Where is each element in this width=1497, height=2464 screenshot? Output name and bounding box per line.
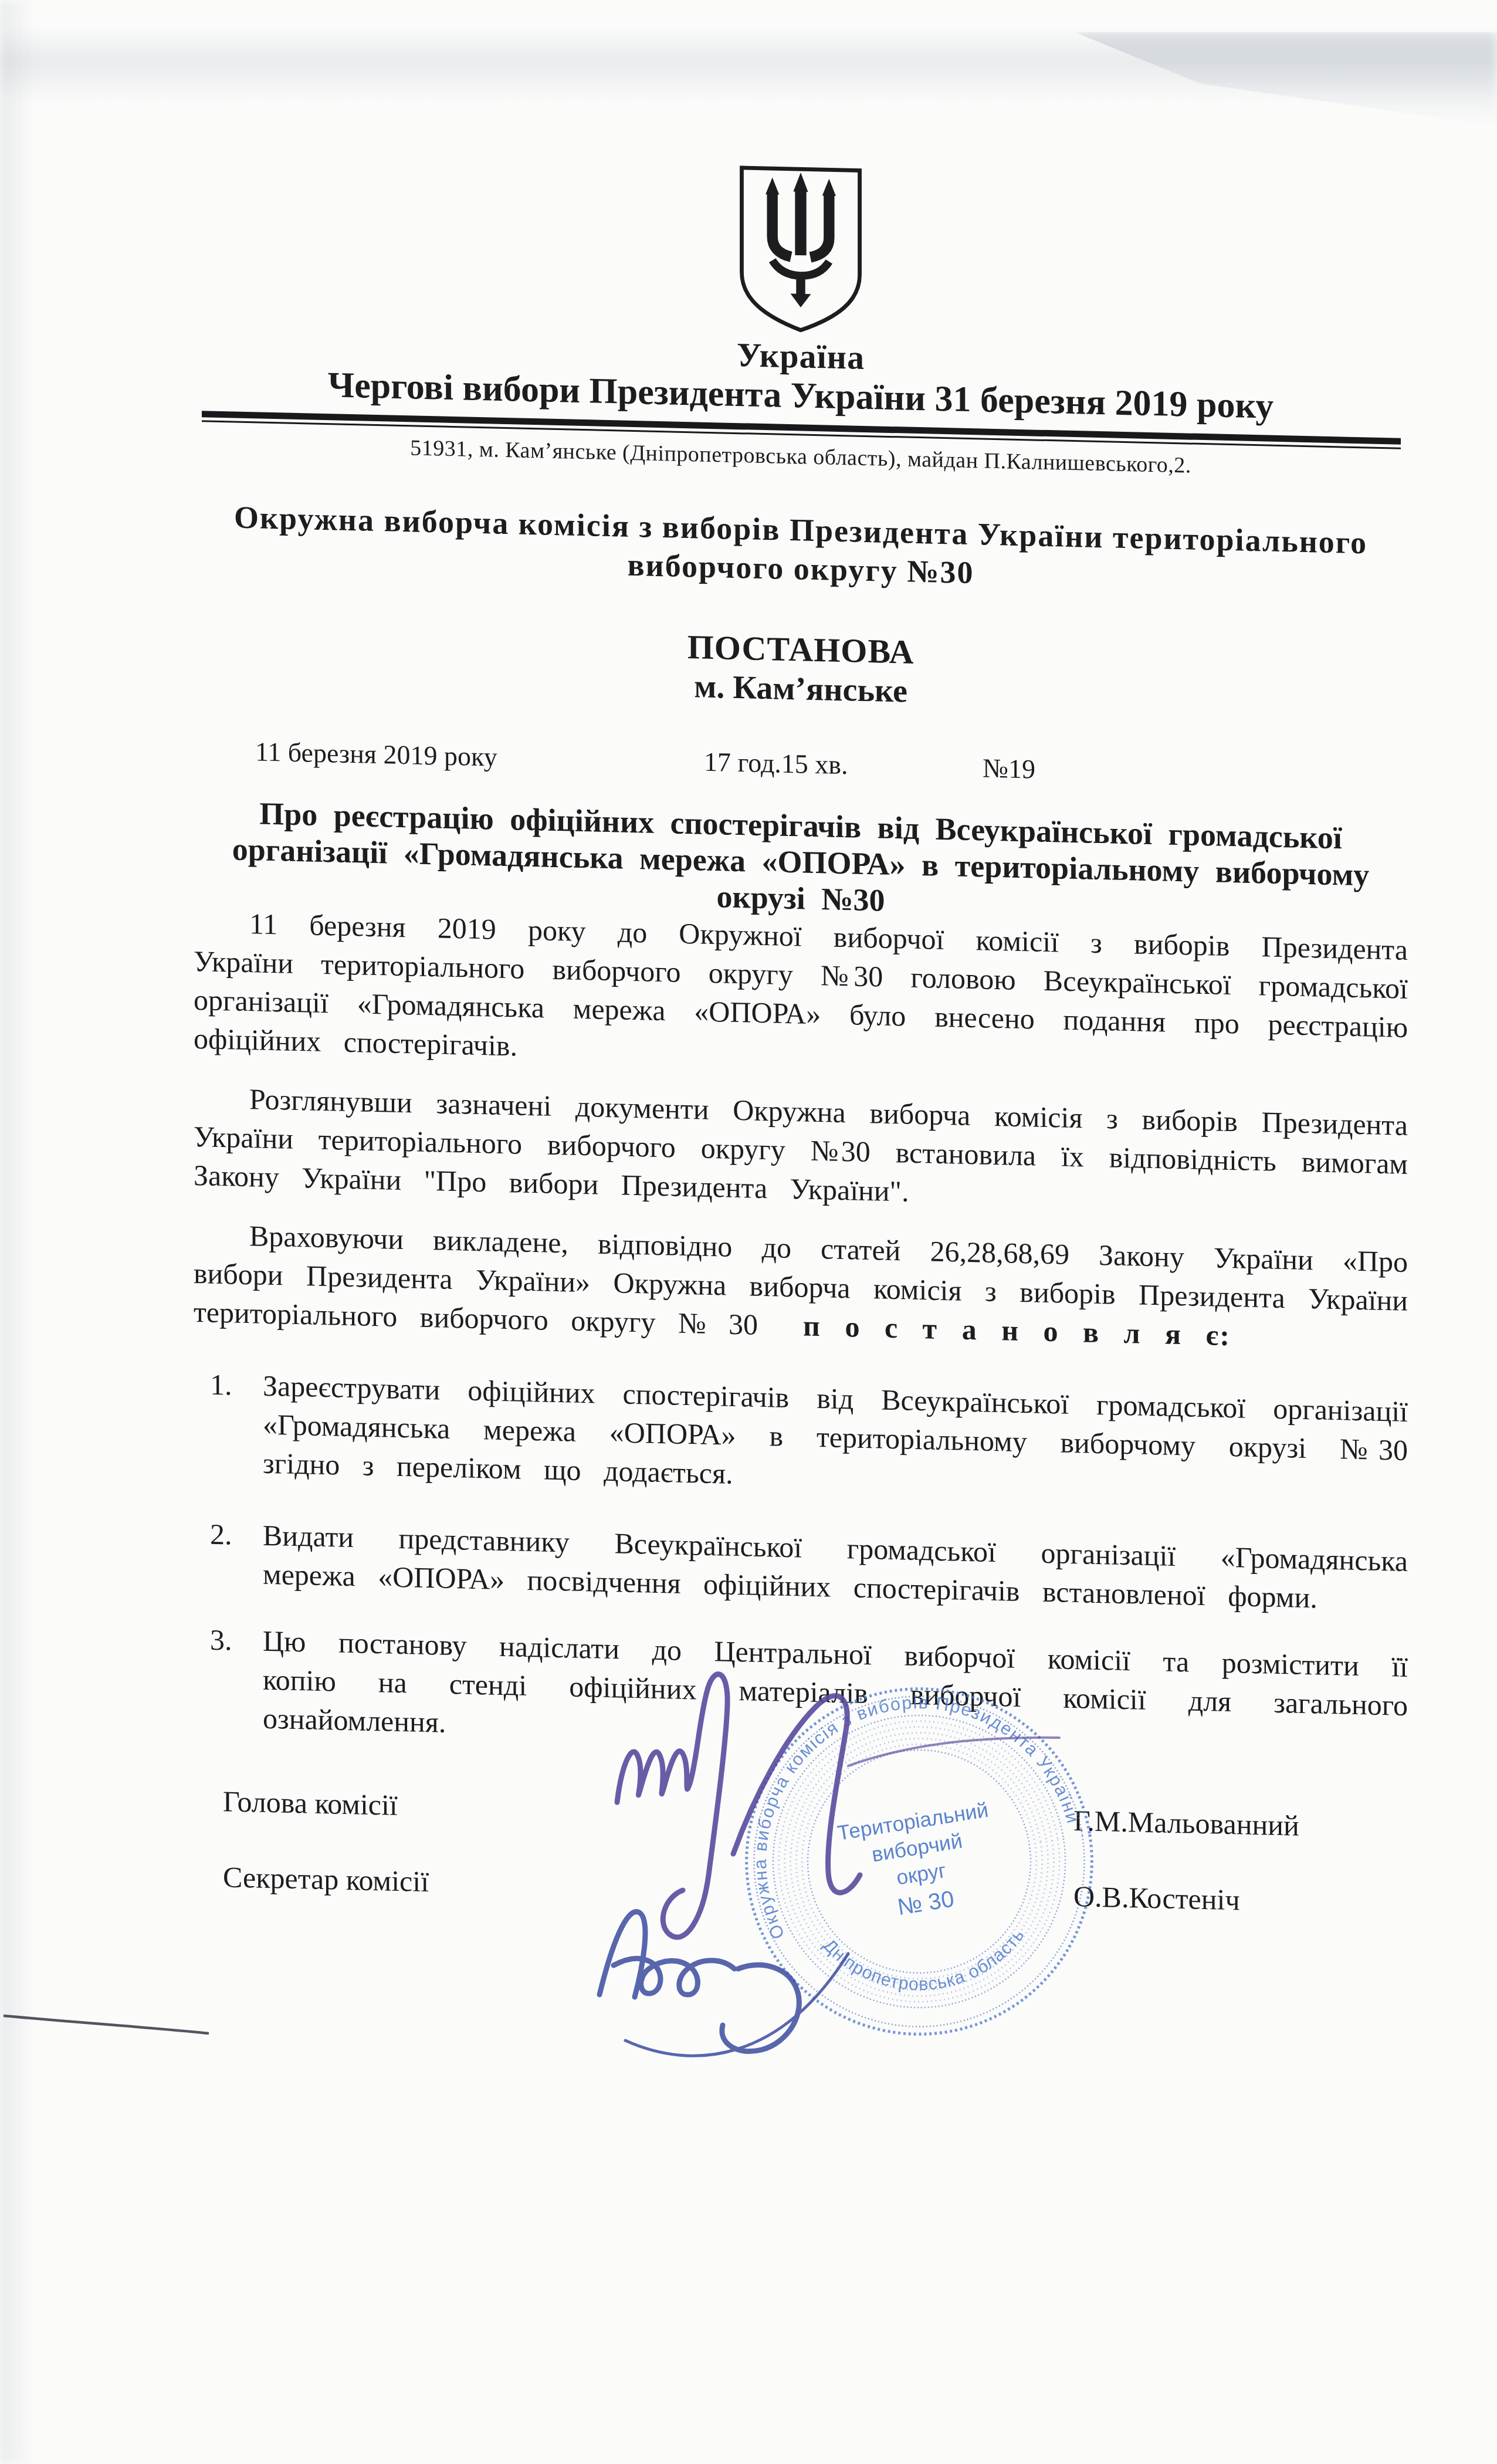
signature-title: Голова комісії bbox=[223, 1784, 398, 1822]
document-sheet: Україна Чергові вибори Президента Україн… bbox=[194, 76, 1408, 1923]
commission-name: Окружна виборча комісія з виборів Презид… bbox=[208, 497, 1393, 602]
doc-time: 17 год.15 хв. bbox=[704, 746, 848, 781]
decree-item-1: 1. Зареєструвати офіційних спостерігачів… bbox=[194, 1365, 1408, 1508]
signature-name: Г.М.Мальованний bbox=[1073, 1803, 1299, 1843]
paragraph-2: Розглянувши зазначені документи Окружна … bbox=[194, 1078, 1408, 1222]
scan-shading-left-edge bbox=[0, 0, 35, 2464]
item-text: Видати представнику Всеукраїнської грома… bbox=[263, 1519, 1408, 1615]
svg-text:Дніпропетровська область: Дніпропетровська область bbox=[818, 1905, 1035, 2010]
trident-emblem-icon bbox=[733, 163, 869, 336]
item-number: 3. bbox=[210, 1620, 232, 1660]
stamp-center-line-3: округ bbox=[895, 1859, 947, 1890]
doc-meta-row: 11 березня 2019 року 17 год.15 хв. №19 bbox=[194, 735, 1408, 795]
official-stamp: Окружна виборча комісія з виборів Презид… bbox=[734, 1677, 1104, 2046]
scanned-document-page: { "header": { "country": "Україна", "ele… bbox=[0, 0, 1497, 2464]
stamp-center-line-4: № 30 bbox=[896, 1886, 956, 1920]
item-text: Зареєструвати офіційних спостерігачів ві… bbox=[263, 1369, 1408, 1490]
stamp-ring-text-bottom: Дніпропетровська область bbox=[818, 1905, 1035, 2010]
signature-title: Секретар комісії bbox=[223, 1860, 429, 1898]
item-number: 1. bbox=[210, 1365, 232, 1404]
doc-date: 11 березня 2019 року bbox=[255, 736, 497, 772]
decree-item-2: 2. Видати представнику Всеукраїнської гр… bbox=[194, 1514, 1408, 1619]
item-number: 2. bbox=[210, 1515, 232, 1554]
paragraph-1: 11 березня 2019 року до Окружної виборчо… bbox=[194, 903, 1408, 1085]
paragraph-3: Враховуючи викладене, відповідно до стат… bbox=[194, 1215, 1408, 1359]
coat-of-arms-icon bbox=[733, 163, 869, 336]
resolution-verb: п о с т а н о в л я є: bbox=[803, 1309, 1231, 1352]
doc-number: №19 bbox=[983, 753, 1035, 785]
